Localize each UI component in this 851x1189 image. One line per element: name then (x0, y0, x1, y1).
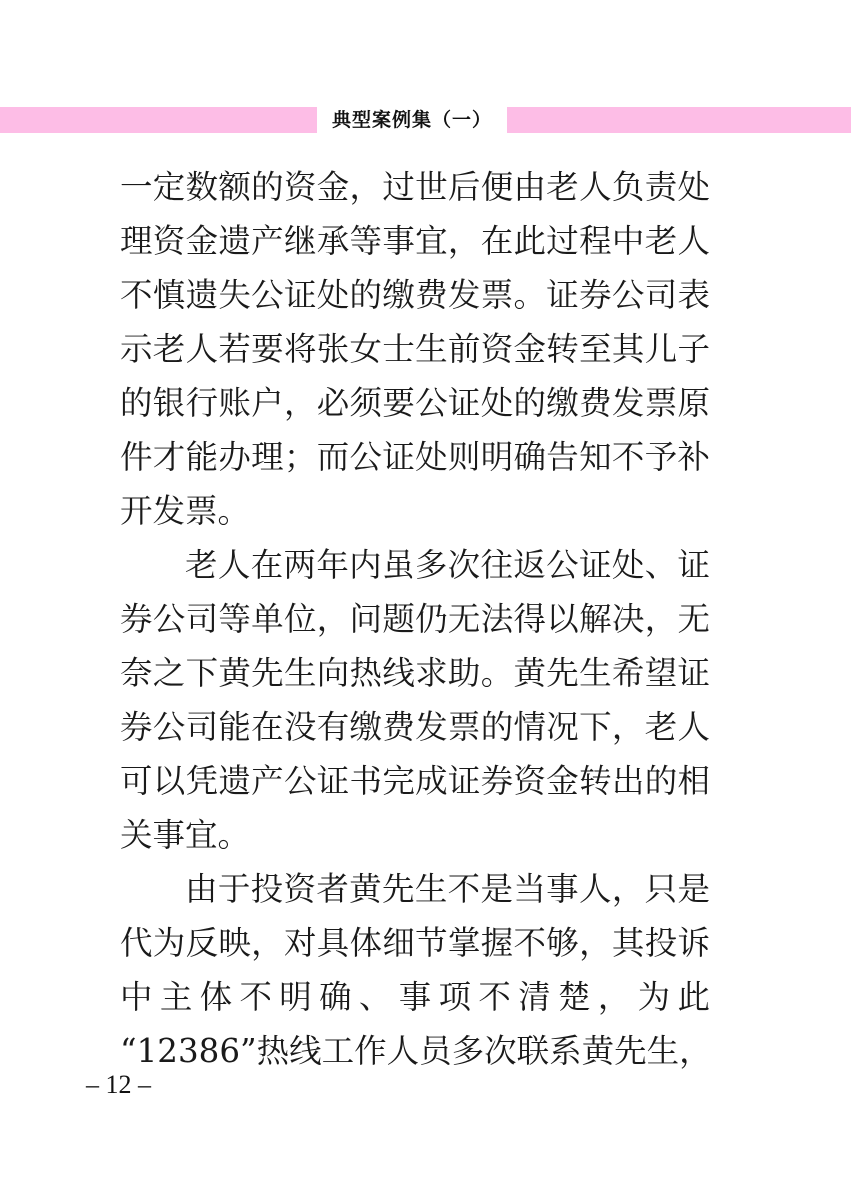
text-line: 示老人若要将张女士生前资金转至其儿子 (120, 322, 710, 376)
text-line: 一定数额的资金，过世后便由老人负责处 (120, 160, 710, 214)
paragraph-first-line: 老人在两年内虽多次往返公证处、证 (120, 538, 710, 592)
text-line: 开发票。 (120, 484, 710, 538)
text-line: 理资金遗产继承等事宜，在此过程中老人 (120, 214, 710, 268)
paragraph-first-line: 由于投资者黄先生不是当事人，只是 (120, 862, 710, 916)
text-line: 的银行账户，必须要公证处的缴费发票原 (120, 376, 710, 430)
header-band-right (507, 107, 851, 133)
running-header-title: 典型案例集（一） (317, 106, 507, 134)
text-line: 券公司等单位，问题仍无法得以解决，无 (120, 592, 710, 646)
text-line: “12386”热线工作人员多次联系黄先生， (120, 1024, 710, 1078)
text-line: 代为反映，对具体细节掌握不够，其投诉 (120, 916, 710, 970)
text-line: 件才能办理；而公证处则明确告知不予补 (120, 430, 710, 484)
text-line: 不慎遗失公证处的缴费发票。证券公司表 (120, 268, 710, 322)
body-text: 一定数额的资金，过世后便由老人负责处 理资金遗产继承等事宜，在此过程中老人 不慎… (120, 160, 710, 1078)
page-number: – 12 – (86, 1070, 151, 1100)
text-line: 关事宜。 (120, 808, 710, 862)
text-line: 中主体不明确、事项不清楚，为此 (120, 970, 710, 1024)
header-band-left (0, 107, 317, 133)
text-line: 券公司能在没有缴费发票的情况下，老人 (120, 700, 710, 754)
text-line: 可以凭遗产公证书完成证券资金转出的相 (120, 754, 710, 808)
text-line: 奈之下黄先生向热线求助。黄先生希望证 (120, 646, 710, 700)
